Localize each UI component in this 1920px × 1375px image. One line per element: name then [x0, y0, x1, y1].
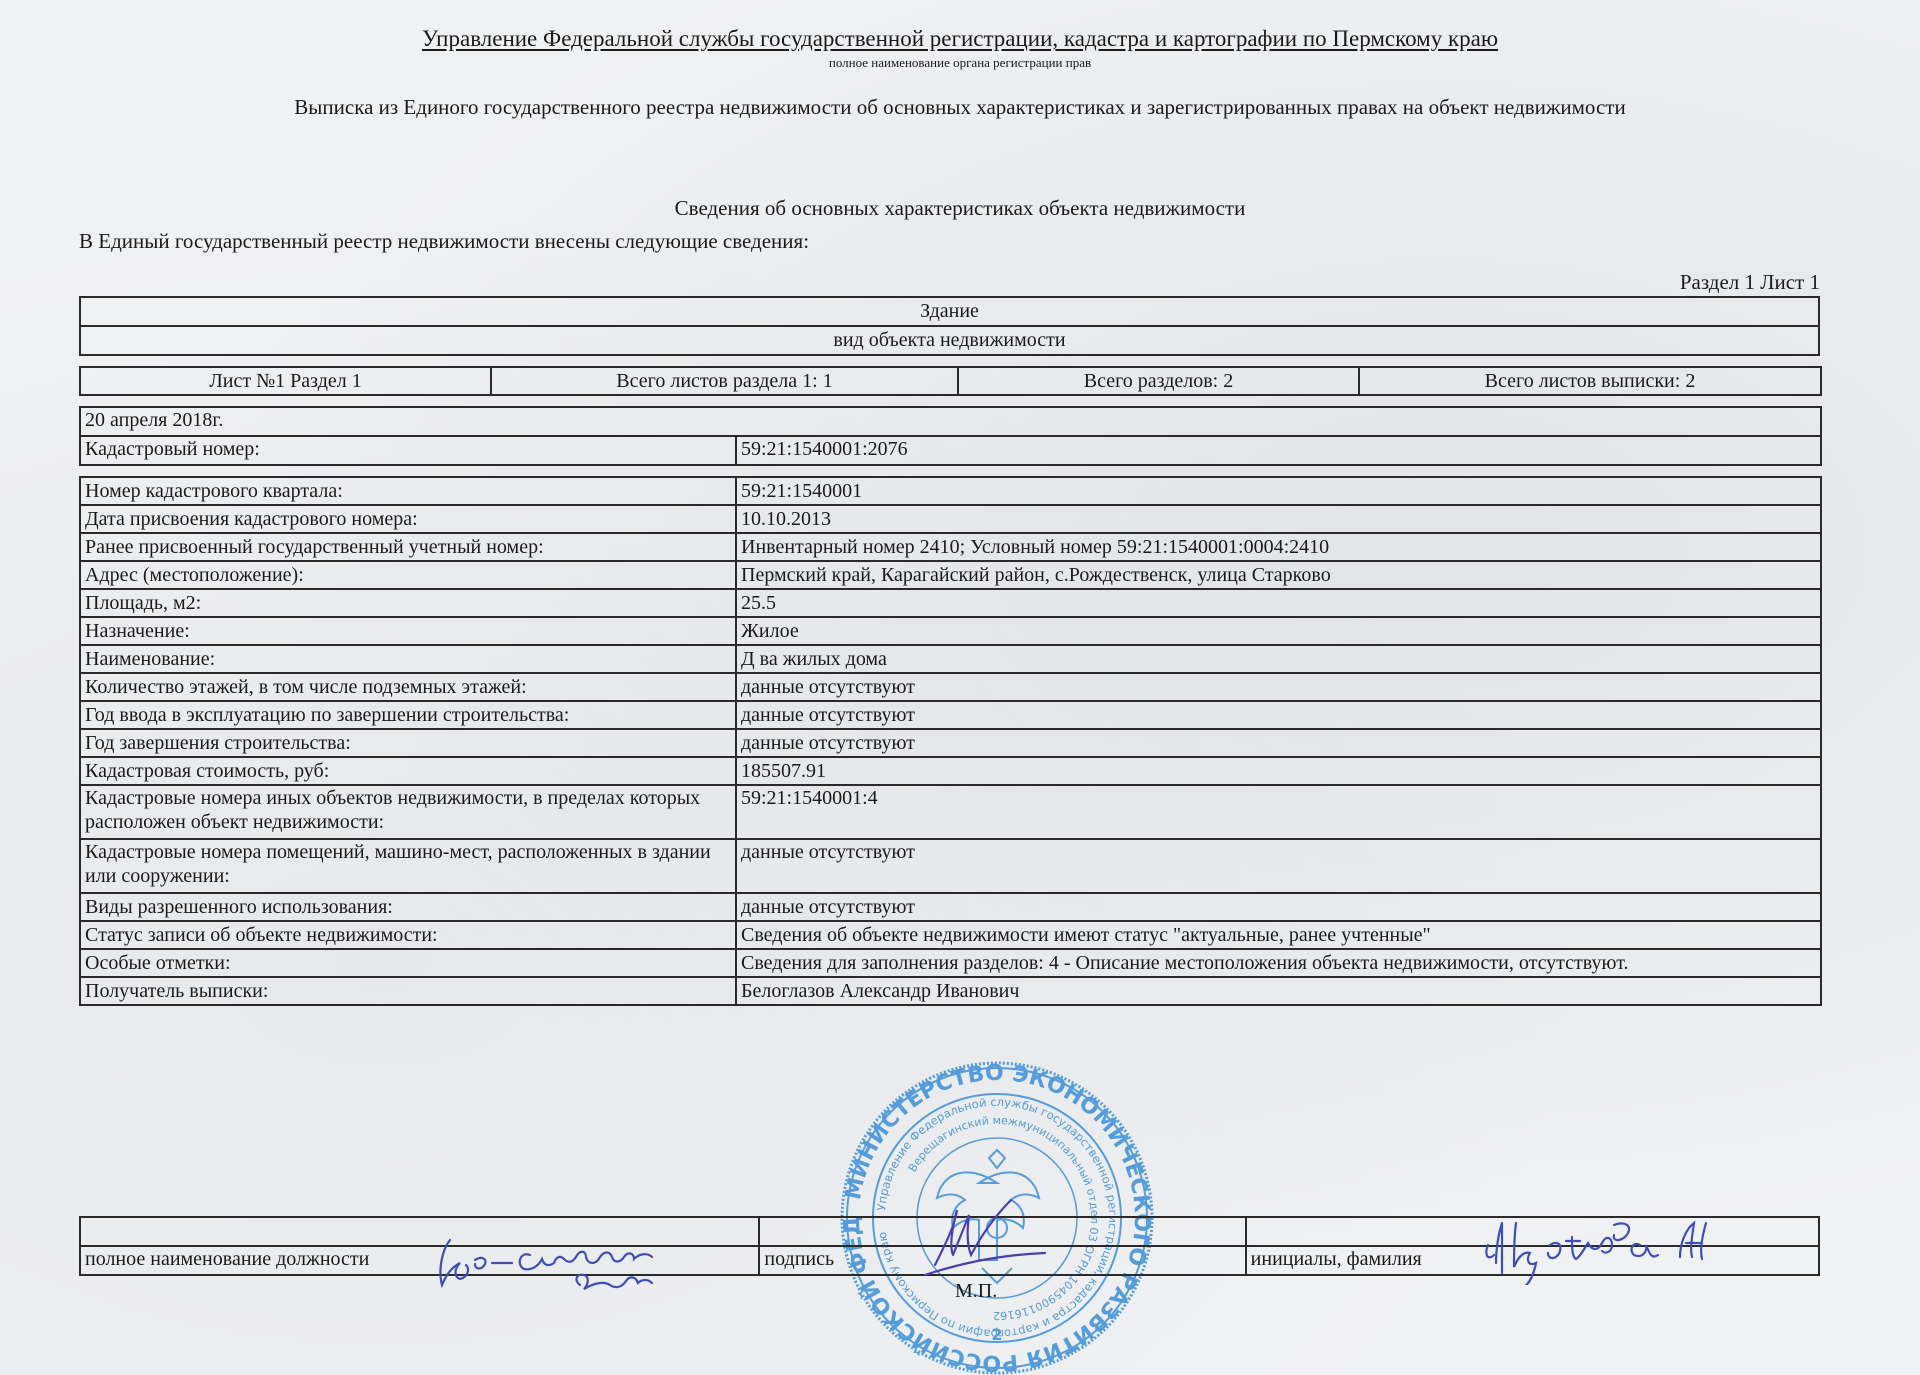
characteristics-table: Номер кадастрового квартала:59:21:154000…	[79, 476, 1822, 1006]
row-label: Площадь, м2:	[80, 589, 736, 617]
row-value: данные отсутствуют	[736, 701, 1821, 729]
row-label: Статус записи об объекте недвижимости:	[80, 921, 736, 949]
row-label: Кадастровые номера иных объектов недвижи…	[80, 785, 736, 839]
row-label: Адрес (местоположение):	[80, 561, 736, 589]
row-value: Д ва жилых дома	[736, 645, 1821, 673]
object-type-caption: вид объекта недвижимости	[80, 326, 1819, 355]
row-value: 59:21:1540001:4	[736, 785, 1821, 839]
row-value: Сведения для заполнения разделов: 4 - Оп…	[736, 949, 1821, 977]
table-row: Виды разрешенного использования:данные о…	[80, 893, 1821, 921]
row-label: Номер кадастрового квартала:	[80, 477, 736, 505]
table-row: Кадастровая стоимость, руб:185507.91	[80, 757, 1821, 785]
row-label: Кадастровые номера помещений, машино-мес…	[80, 839, 736, 893]
row-label: Наименование:	[80, 645, 736, 673]
row-value: данные отсутствуют	[736, 673, 1821, 701]
row-value: 25.5	[736, 589, 1821, 617]
row-label: Год завершения строительства:	[80, 729, 736, 757]
cadastral-number-label: Кадастровый номер:	[80, 436, 736, 465]
table-row: Назначение:Жилое	[80, 617, 1821, 645]
total-sections: Всего разделов: 2	[958, 367, 1359, 395]
row-value: данные отсутствуют	[736, 839, 1821, 893]
row-value: Сведения об объекте недвижимости имеют с…	[736, 921, 1821, 949]
row-value: 10.10.2013	[736, 505, 1821, 533]
row-value: 185507.91	[736, 757, 1821, 785]
row-value: Жилое	[736, 617, 1821, 645]
table-row: Номер кадастрового квартала:59:21:154000…	[80, 477, 1821, 505]
row-label: Количество этажей, в том числе подземных…	[80, 673, 736, 701]
table-row: Адрес (местоположение):Пермский край, Ка…	[80, 561, 1821, 589]
row-label: Кадастровая стоимость, руб:	[80, 757, 736, 785]
section-title: Сведения об основных характеристиках объ…	[0, 196, 1920, 221]
intro-text: В Единый государственный реестр недвижим…	[79, 229, 809, 254]
row-value: данные отсутствуют	[736, 729, 1821, 757]
object-type-value: Здание	[80, 297, 1819, 326]
section-sheets-count: Всего листов раздела 1: 1	[491, 367, 958, 395]
row-value: Белоглазов Александр Иванович	[736, 977, 1821, 1005]
table-row: Статус записи об объекте недвижимости:Св…	[80, 921, 1821, 949]
document-title: Выписка из Единого государственного реес…	[0, 95, 1920, 120]
table-row: Кадастровые номера помещений, машино-мес…	[80, 839, 1821, 893]
row-label: Год ввода в эксплуатацию по завершении с…	[80, 701, 736, 729]
total-sheets: Всего листов выписки: 2	[1359, 367, 1821, 395]
table-row: Площадь, м2:25.5	[80, 589, 1821, 617]
row-value: Пермский край, Карагайский район, с.Рожд…	[736, 561, 1821, 589]
row-label: Назначение:	[80, 617, 736, 645]
handwritten-signature-icon	[915, 1195, 1075, 1295]
object-type-table: Здание вид объекта недвижимости	[79, 296, 1820, 356]
sheet-info-table: Лист №1 Раздел 1 Всего листов раздела 1:…	[79, 366, 1822, 396]
row-label: Получатель выписки:	[80, 977, 736, 1005]
table-row: Год завершения строительства:данные отсу…	[80, 729, 1821, 757]
head-table: 20 апреля 2018г. Кадастровый номер: 59:2…	[79, 406, 1822, 466]
table-row: Дата присвоения кадастрового номера:10.1…	[80, 505, 1821, 533]
row-label: Ранее присвоенный государственный учетны…	[80, 533, 736, 561]
extract-date: 20 апреля 2018г.	[80, 407, 1821, 436]
row-value: Инвентарный номер 2410; Условный номер 5…	[736, 533, 1821, 561]
row-label: Виды разрешенного использования:	[80, 893, 736, 921]
table-row: Количество этажей, в том числе подземных…	[80, 673, 1821, 701]
handwritten-name-icon	[1480, 1215, 1730, 1285]
handwritten-position-icon	[430, 1225, 760, 1305]
document-page: Управление Федеральной службы государств…	[0, 0, 1920, 1375]
table-row: Особые отметки:Сведения для заполнения р…	[80, 949, 1821, 977]
agency-name: Управление Федеральной службы государств…	[0, 26, 1920, 52]
agency-caption: полное наименование органа регистрации п…	[0, 55, 1920, 71]
table-row: Наименование:Д ва жилых дома	[80, 645, 1821, 673]
row-label: Особые отметки:	[80, 949, 736, 977]
cadastral-number-value: 59:21:1540001:2076	[736, 436, 1821, 465]
row-value: данные отсутствуют	[736, 893, 1821, 921]
sheet-number: Лист №1 Раздел 1	[80, 367, 491, 395]
table-row: Год ввода в эксплуатацию по завершении с…	[80, 701, 1821, 729]
sheet-reference: Раздел 1 Лист 1	[1680, 270, 1820, 295]
row-value: 59:21:1540001	[736, 477, 1821, 505]
svg-text:2: 2	[991, 1325, 1002, 1344]
table-row: Получатель выписки:Белоглазов Александр …	[80, 977, 1821, 1005]
row-label: Дата присвоения кадастрового номера:	[80, 505, 736, 533]
table-row: Ранее присвоенный государственный учетны…	[80, 533, 1821, 561]
table-row: Кадастровые номера иных объектов недвижи…	[80, 785, 1821, 839]
